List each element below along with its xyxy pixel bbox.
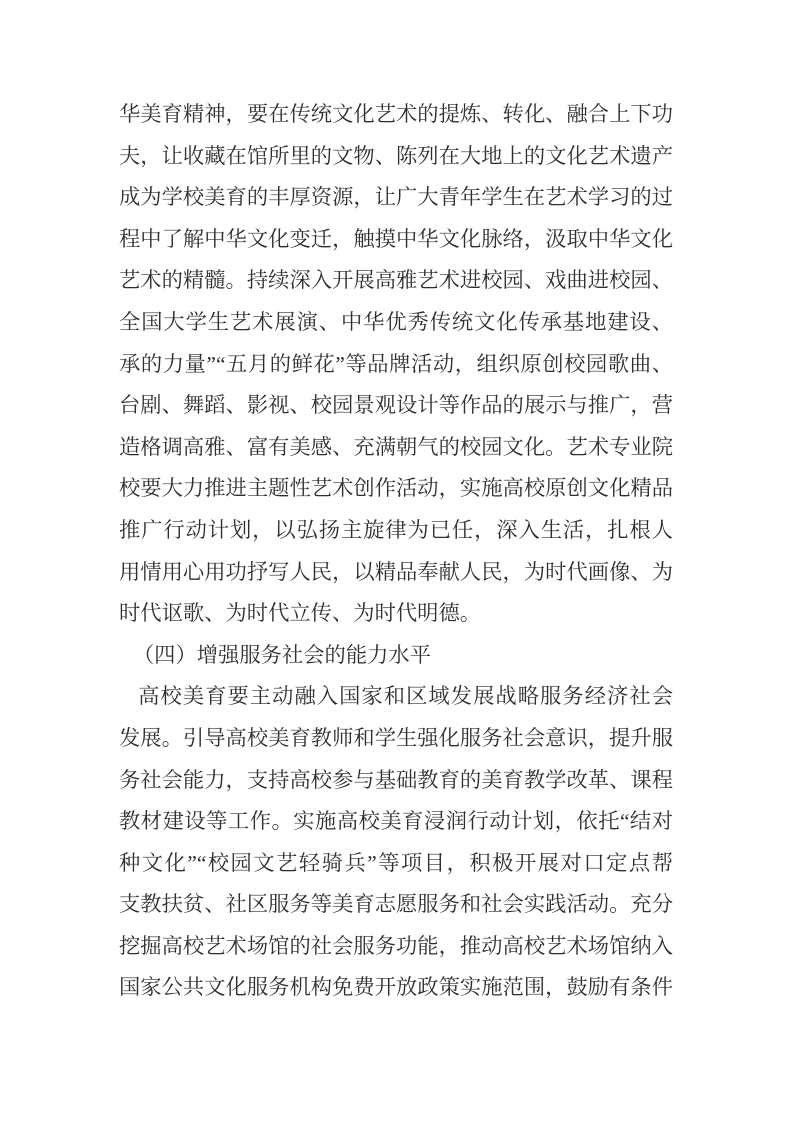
text-line: 务社会能力，支持高校参与基础教育的美育教学改革、课程 [119,760,673,802]
text-line: 华美育精神，要在传统文化艺术的提炼、转化、融合上下功 [119,94,673,136]
text-line: 承的力量”“五月的鲜花”等品牌活动，组织原创校园歌曲、舞 [119,344,673,386]
text-line: 种文化”“校园文艺轻骑兵”等项目，积极开展对口定点帮扶、 [119,843,673,885]
text-line: 支教扶贫、社区服务等美育志愿服务和社会实践活动。充分 [119,884,673,926]
text-line: 高校美育要主动融入国家和区域发展战略服务经济社会 [119,676,673,718]
text-line: 校要大力推进主题性艺术创作活动，实施高校原创文化精品 [119,468,673,510]
text-line: 用情用心用功抒写人民，以精品奉献人民，为时代画像、为 [119,552,673,594]
text-line: 国家公共文化服务机构免费开放政策实施范围，鼓励有条件 [119,967,673,1009]
text-line: 程中了解中华文化变迁，触摸中华文化脉络，汲取中华文化 [119,219,673,261]
section-heading: （四）增强服务社会的能力水平 [119,635,673,677]
text-line: 教材建设等工作。实施高校美育浸润行动计划，依托“结对子， [119,801,673,843]
text-line: 推广行动计划，以弘扬主旋律为已任，深入生活，扎根人民， [119,510,673,552]
text-line: 造格调高雅、富有美感、充满朝气的校园文化。艺术专业院 [119,427,673,469]
text-line: 挖掘高校艺术场馆的社会服务功能，推动高校艺术场馆纳入 [119,926,673,968]
text-line: 台剧、舞蹈、影视、校园景观设计等作品的展示与推广，营 [119,385,673,427]
text-line: 全国大学生艺术展演、中华优秀传统文化传承基地建设、“传 [119,302,673,344]
document-page: 华美育精神，要在传统文化艺术的提炼、转化、融合上下功 夫，让收藏在馆所里的文物、… [0,0,793,1122]
text-line: 夫，让收藏在馆所里的文物、陈列在大地上的文化艺术遗产 [119,136,673,178]
text-line: 时代讴歌、为时代立传、为时代明德。 [119,593,673,635]
text-line: 发展。引导高校美育教师和学生强化服务社会意识，提升服 [119,718,673,760]
text-line: 艺术的精髓。持续深入开展高雅艺术进校园、戏曲进校园、 [119,260,673,302]
text-block: 华美育精神，要在传统文化艺术的提炼、转化、融合上下功 夫，让收藏在馆所里的文物、… [119,94,673,1009]
text-line: 成为学校美育的丰厚资源，让广大青年学生在艺术学习的过 [119,177,673,219]
